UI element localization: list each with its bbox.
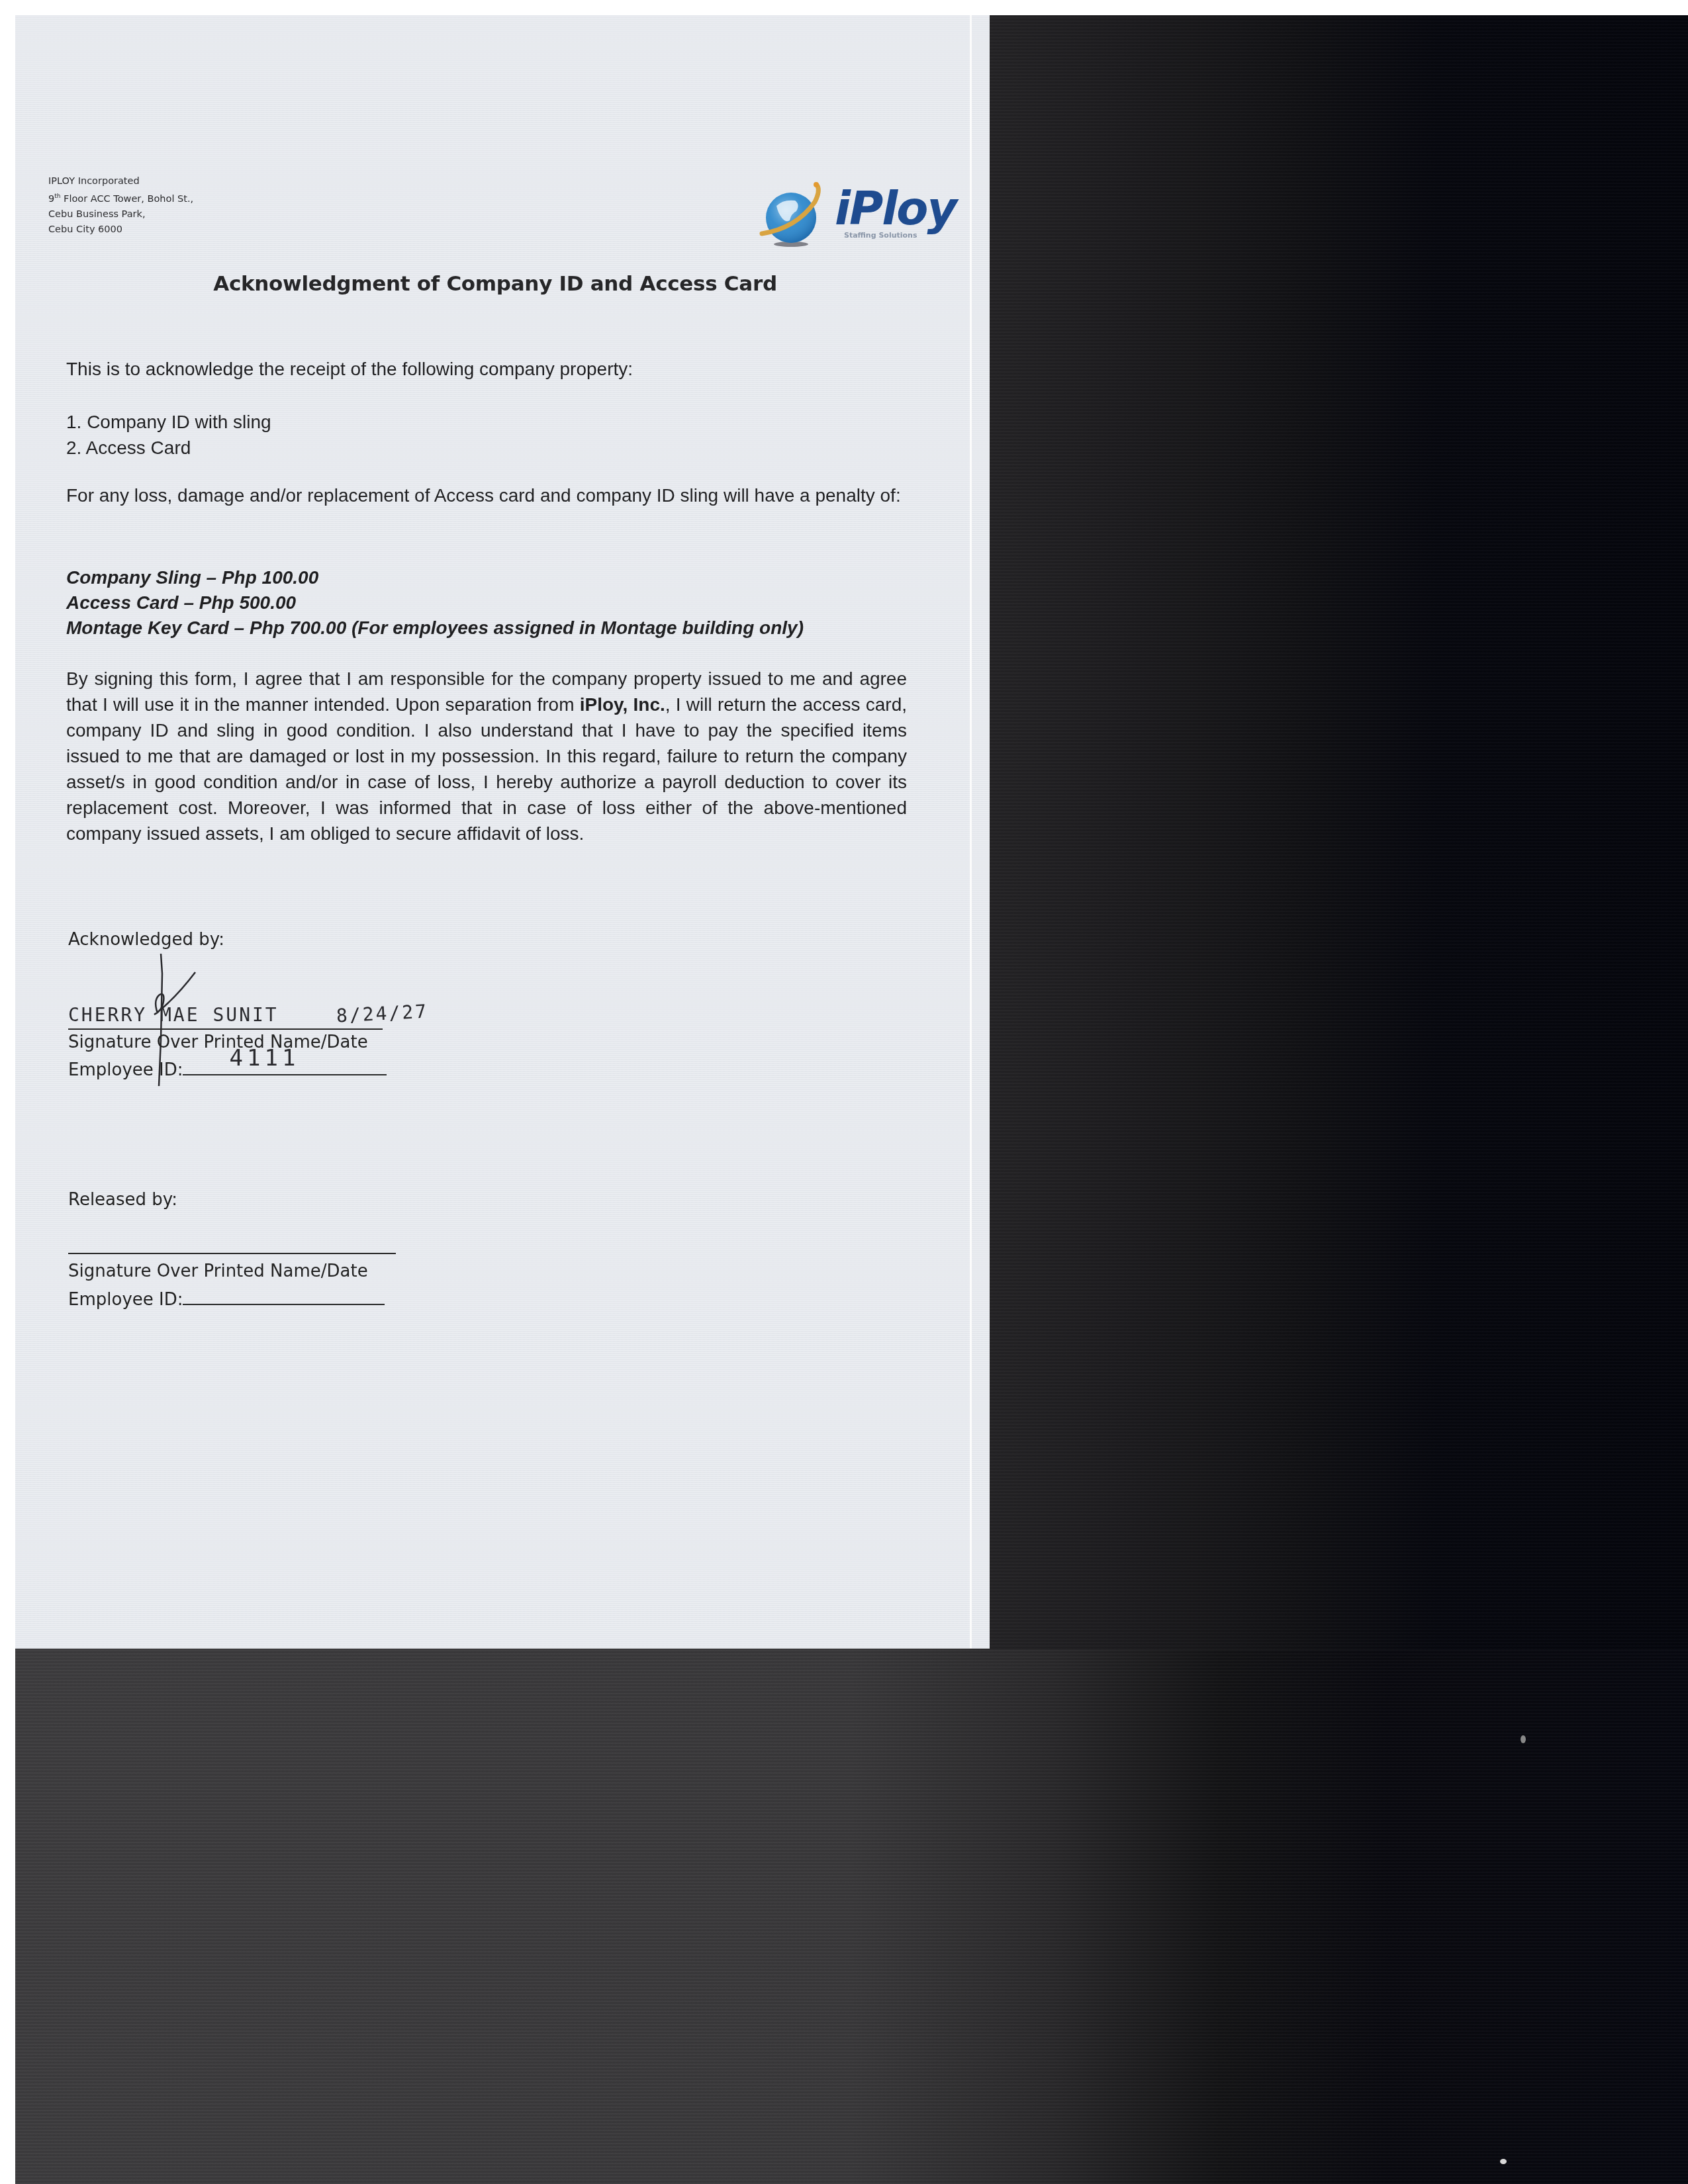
company-logo: iPloy Staffing Solutions [757, 182, 955, 248]
penalty-item: Montage Key Card – Php 700.00 (For emplo… [66, 615, 907, 641]
sender-address-line3: Cebu City 6000 [48, 222, 193, 238]
agreement-paragraph: By signing this form, I agree that I am … [66, 666, 907, 846]
penalty-list: Company Sling – Php 100.00 Access Card –… [66, 565, 907, 641]
employee-id-label: Employee ID: [68, 1060, 183, 1080]
released-label: Released by: [68, 1190, 177, 1210]
dust-speck [1500, 2159, 1507, 2164]
employee-id-row: Employee ID:4111 [68, 1060, 387, 1080]
penalty-item: Access Card – Php 500.00 [66, 590, 907, 615]
sender-address: IPLOY Incorporated 9th Floor ACC Tower, … [48, 174, 193, 238]
logo-wordmark: iPloy [835, 182, 956, 235]
globe-icon [757, 182, 836, 248]
signature-caption: Signature Over Printed Name/Date [68, 1261, 368, 1281]
signature-line [68, 1253, 396, 1254]
handwritten-employee-id: 4111 [229, 1045, 299, 1071]
property-item: 1. Company ID with sling [66, 409, 907, 435]
logo-tagline: Staffing Solutions [844, 231, 917, 240]
penalty-item: Company Sling – Php 100.00 [66, 565, 907, 590]
company-name: iPloy, Inc. [580, 694, 665, 715]
property-item: 2. Access Card [66, 435, 907, 461]
property-list: 1. Company ID with sling 2. Access Card [66, 409, 907, 461]
sender-address-line1: 9th Floor ACC Tower, Bohol St., [48, 189, 193, 207]
acknowledged-label: Acknowledged by: [68, 930, 224, 950]
employee-id-label: Employee ID: [68, 1290, 183, 1310]
scanner-background-dark [970, 15, 1688, 1650]
signature-line [68, 1028, 383, 1030]
penalty-intro: For any loss, damage and/or replacement … [66, 482, 907, 508]
sender-company: IPLOY Incorporated [48, 174, 193, 189]
employee-id-line [183, 1289, 385, 1305]
employee-id-line: 4111 [183, 1060, 387, 1075]
scanned-document-page: IPLOY Incorporated 9th Floor ACC Tower, … [15, 15, 990, 1649]
dust-speck [1521, 1735, 1526, 1743]
signature-caption: Signature Over Printed Name/Date [68, 1032, 368, 1052]
handwritten-date: 8/24/27 [336, 1000, 429, 1026]
intro-paragraph: This is to acknowledge the receipt of th… [66, 356, 907, 382]
document-title: Acknowledgment of Company ID and Access … [15, 272, 975, 296]
sender-address-line2: Cebu Business Park, [48, 207, 193, 222]
employee-id-row: Employee ID: [68, 1289, 385, 1310]
paper-edge [970, 15, 972, 1649]
